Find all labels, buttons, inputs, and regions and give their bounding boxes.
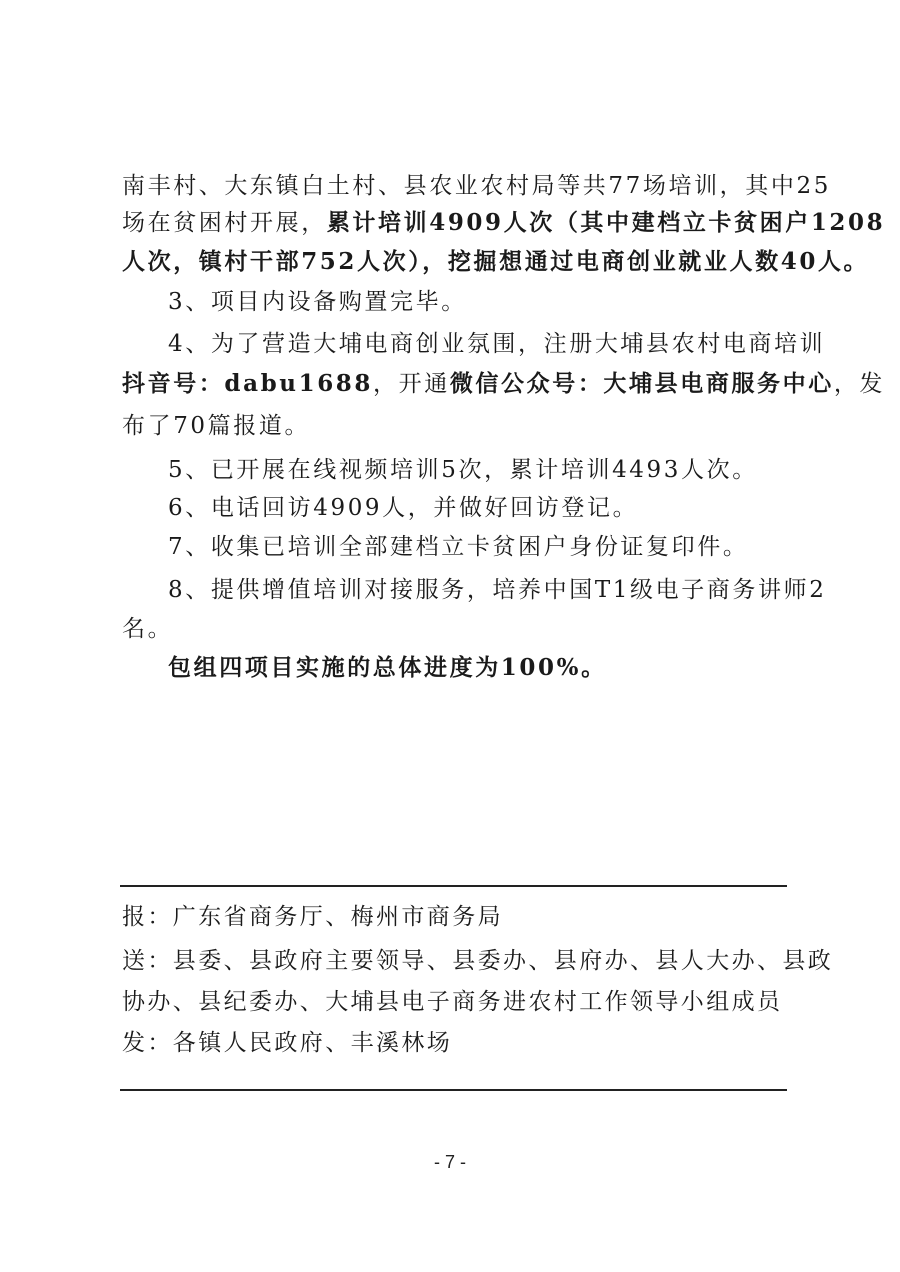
list-item-5: 5、已开展在线视频培训5次，累计培训4493人次。: [168, 455, 838, 485]
send-to: 送：县委、县政府主要领导、县委办、县府办、县人大办、县政: [122, 946, 792, 976]
douyin-account: 抖音号：dabu1688: [122, 370, 373, 397]
list-item-text: 6、电话回访4909人，并做好回访登记。: [168, 495, 638, 521]
divider-top: [120, 885, 787, 887]
list-item-3: 3、项目内设备购置完毕。: [168, 287, 838, 317]
send-to-text: 送：县委、县政府主要领导、县委办、县府办、县人大办、县政: [122, 948, 833, 974]
paragraph-text: 南丰村、大东镇白土村、县农业农村局等共77场培训，其中25: [122, 173, 831, 199]
send-to-text: 协办、县纪委办、大埔县电子商务进农村工作领导小组成员: [122, 989, 782, 1015]
list-item-7: 7、收集已培训全部建档立卡贫困户身份证复印件。: [168, 532, 838, 562]
paragraph-text: 场在贫困村开展，: [122, 210, 327, 236]
list-item-text: 7、收集已培训全部建档立卡贫困户身份证复印件。: [168, 534, 748, 560]
list-item-4-continued: 布了70篇报道。: [122, 411, 792, 441]
list-item-text: 布了70篇报道。: [122, 413, 310, 439]
send-to-continued: 协办、县纪委办、大埔县电子商务进农村工作领导小组成员: [122, 987, 792, 1017]
report-to: 报：广东省商务厅、梅州市商务局: [122, 902, 792, 932]
paragraph-line: 人次，镇村干部752人次），挖掘想通过电商创业就业人数40人。: [122, 247, 792, 277]
highlighted-statistic: 人次，镇村干部752人次），挖掘想通过电商创业就业人数40人。: [122, 248, 869, 275]
issue-to-text: 发：各镇人民政府、丰溪林场: [122, 1030, 452, 1056]
paragraph-line: 南丰村、大东镇白土村、县农业农村局等共77场培训，其中25: [122, 171, 792, 201]
list-item-text: ，开通: [373, 371, 450, 397]
report-to-text: 报：广东省商务厅、梅州市商务局: [122, 904, 503, 930]
list-item-text: 4、为了营造大埔电商创业氛围，注册大埔县农村电商培训: [168, 331, 825, 357]
highlighted-statistic: 累计培训4909人次（其中建档立卡贫困户1208: [327, 209, 885, 236]
issue-to: 发：各镇人民政府、丰溪林场: [122, 1028, 792, 1058]
list-item-text: 名。: [122, 616, 173, 642]
list-item-text: 5、已开展在线视频培训5次，累计培训4493人次。: [168, 457, 758, 483]
list-item-text: 8、提供增值培训对接服务，培养中国T1级电子商务讲师2: [168, 577, 826, 603]
summary-text: 包组四项目实施的总体进度为100%。: [168, 654, 607, 681]
list-item-4: 4、为了营造大埔电商创业氛围，注册大埔县农村电商培训: [168, 329, 838, 359]
paragraph-line: 场在贫困村开展，累计培训4909人次（其中建档立卡贫困户1208: [122, 208, 792, 238]
list-item-text: ，发: [834, 371, 885, 397]
list-item-6: 6、电话回访4909人，并做好回访登记。: [168, 493, 838, 523]
list-item-4-continued: 抖音号：dabu1688，开通微信公众号：大埔县电商服务中心，发: [122, 369, 792, 399]
wechat-account: 微信公众号：大埔县电商服务中心: [450, 370, 834, 397]
page-number: - 7 -: [0, 1152, 900, 1173]
list-item-8-continued: 名。: [122, 614, 792, 644]
progress-summary: 包组四项目实施的总体进度为100%。: [168, 653, 838, 683]
list-item-text: 3、项目内设备购置完毕。: [168, 289, 467, 315]
document-page: 南丰村、大东镇白土村、县农业农村局等共77场培训，其中25 场在贫困村开展，累计…: [0, 0, 900, 1272]
list-item-8: 8、提供增值培训对接服务，培养中国T1级电子商务讲师2: [168, 575, 838, 605]
divider-bottom: [120, 1089, 787, 1091]
